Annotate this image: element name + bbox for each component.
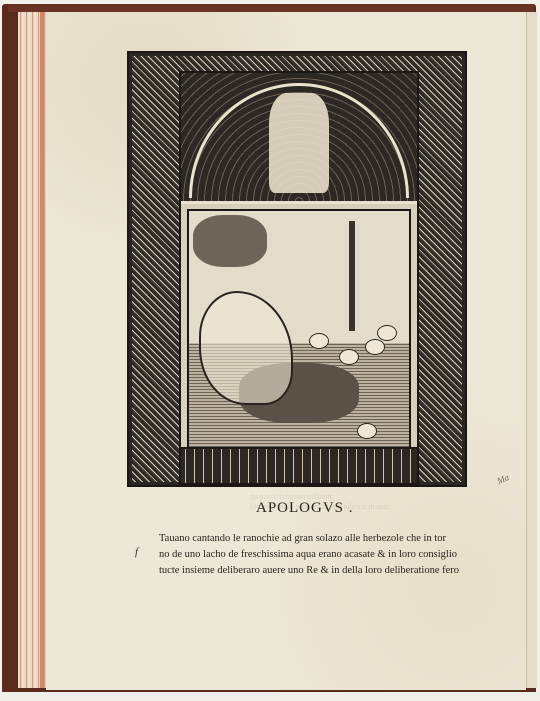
page-edges-stack: [18, 12, 48, 688]
book-cover-top-edge: [8, 4, 534, 12]
text-line: Tauano cantando le ranochie ad gran sola…: [159, 531, 471, 547]
wrestling-figures: [269, 93, 329, 193]
frog: [339, 349, 359, 365]
bottom-frieze: [179, 447, 419, 485]
body-text: Tauano cantando le ranochie ad gran sola…: [159, 531, 471, 579]
inner-frame: [179, 71, 419, 467]
frog: [377, 325, 397, 341]
fable-heading: APOLOGVS .: [256, 500, 354, 517]
lunette-panel: [181, 73, 417, 204]
red-edge-stain: [40, 12, 44, 688]
tree: [349, 221, 355, 331]
page-right-edge: [526, 12, 537, 688]
frog: [365, 339, 385, 355]
crowned-dragon: [199, 291, 293, 405]
text-line: no de uno lacho de freschissima aqua era…: [159, 547, 471, 563]
fable-scene: [187, 209, 411, 455]
cloud-figure: [193, 215, 267, 267]
frog: [309, 333, 329, 349]
text-line: tucte insieme deliberaro auere uno Re & …: [159, 563, 471, 579]
background-band: [0, 692, 540, 701]
marginal-note: f: [135, 546, 138, 558]
frog: [357, 423, 377, 439]
woodcut-illustration: [127, 51, 467, 487]
